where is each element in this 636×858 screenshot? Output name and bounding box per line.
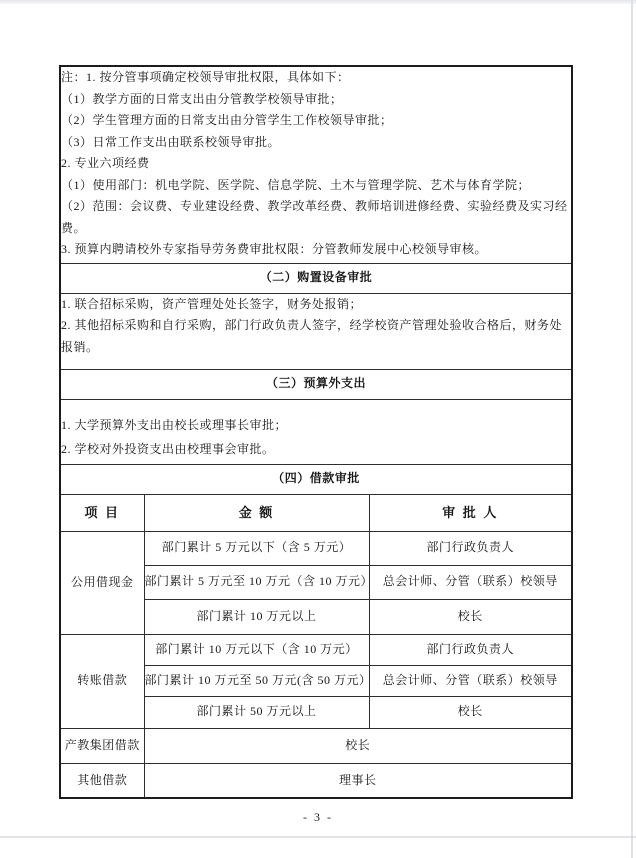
table-row: 产教集团借款 校长 [60,728,572,763]
notes-row: 注：1. 按分管事项确定校领导审批权限，具体如下： （1）教学方面的日常支出由分… [60,66,572,263]
amount-cell: 部门累计 10 万元以下（含 10 万元） [144,634,369,665]
approver-cell: 校长 [369,696,572,728]
section4-title: （四）借款审批 [60,464,572,494]
note-line: 3. 预算内聘请校外专家指导劳务费审批权限：分管教师发展中心校领导审核。 [61,239,571,261]
table-row: 转账借款 部门累计 10 万元以下（含 10 万元） 部门行政负责人 [60,634,572,665]
section4-title-row: （四）借款审批 [60,464,572,494]
note-line: （1）使用部门：机电学院、医学院、信息学院、土木与管理学院、艺术与体育学院； [61,175,571,197]
approval-authority-table: 注：1. 按分管事项确定校领导审批权限，具体如下： （1）教学方面的日常支出由分… [59,65,573,799]
section2-line: 2. 其他招标采购和自行采购，部门行政负责人签字，经学校资产管理处验收合格后，财… [61,315,571,358]
item-transfer-loan: 转账借款 [60,634,144,728]
approver-cell: 部门行政负责人 [369,634,572,665]
amount-cell: 部门累计 10 万元以上 [144,599,369,634]
table-row: 公用借现金 部门累计 5 万元以下（含 5 万元） 部门行政负责人 [60,531,572,565]
amount-cell: 部门累计 50 万元以上 [144,696,369,728]
amount-cell: 部门累计 5 万元以下（含 5 万元） [144,531,369,565]
note-line: （3）日常工作支出由联系校领导审批。 [61,132,571,154]
document-page: 注：1. 按分管事项确定校领导审批权限，具体如下： （1）教学方面的日常支出由分… [0,0,636,858]
header-amount: 金 额 [144,494,369,531]
table-row: 其他借款 理事长 [60,763,572,798]
section3-title: （三）预算外支出 [60,369,572,399]
note-line: 注：1. 按分管事项确定校领导审批权限，具体如下： [61,67,571,89]
section2-title-row: （二）购置设备审批 [60,263,572,293]
item-group-loan: 产教集团借款 [60,728,144,763]
amount-cell: 部门累计 10 万元至 50 万元(含 50 万元） [144,665,369,696]
approver-cell: 总会计师、分管（联系）校领导 [369,565,572,599]
section3-body-row: 1. 大学预算外支出由校长或理事长审批； 2. 学校对外投资支出由校理事会审批。 [60,399,572,464]
note-line: （2）范围：会议费、专业建设经费、教学改革经费、教师培训进修经费、实验经费及实习… [61,196,571,239]
note-line: （1）教学方面的日常支出由分管教学校领导审批； [61,89,571,111]
notes-cell: 注：1. 按分管事项确定校领导审批权限，具体如下： （1）教学方面的日常支出由分… [60,66,572,263]
item-cash-loan: 公用借现金 [60,531,144,634]
header-approver: 审 批 人 [369,494,572,531]
section3-title-row: （三）预算外支出 [60,369,572,399]
note-line: （2）学生管理方面的日常支出由分管学生工作校领导审批； [61,110,571,132]
section3-body: 1. 大学预算外支出由校长或理事长审批； 2. 学校对外投资支出由校理事会审批。 [60,399,572,464]
approver-cell: 部门行政负责人 [369,531,572,565]
section3-line: 2. 学校对外投资支出由校理事会审批。 [61,437,571,461]
approver-cell: 总会计师、分管（联系）校领导 [369,665,572,696]
section3-line: 1. 大学预算外支出由校长或理事长审批； [61,413,571,437]
scan-edge-right [631,0,633,858]
section2-body: 1. 联合招标采购，资产管理处处长签字，财务处报销； 2. 其他招标采购和自行采… [60,293,572,369]
section2-line: 1. 联合招标采购，资产管理处处长签字，财务处报销； [61,294,571,316]
grid-header-row: 项 目 金 额 审 批 人 [60,494,572,531]
item-other-loan: 其他借款 [60,763,144,798]
amount-cell: 部门累计 5 万元至 10 万元（含 10 万元） [144,565,369,599]
scan-edge-bottom [0,836,636,838]
note-line: 2. 专业六项经费 [61,153,571,175]
approver-cell: 校长 [144,728,572,763]
section2-body-row: 1. 联合招标采购，资产管理处处长签字，财务处报销； 2. 其他招标采购和自行采… [60,293,572,369]
page-number: - 3 - [0,810,636,825]
header-item: 项 目 [60,494,144,531]
approver-cell: 理事长 [144,763,572,798]
section2-title: （二）购置设备审批 [60,263,572,293]
scan-edge-top [0,0,636,4]
approver-cell: 校长 [369,599,572,634]
